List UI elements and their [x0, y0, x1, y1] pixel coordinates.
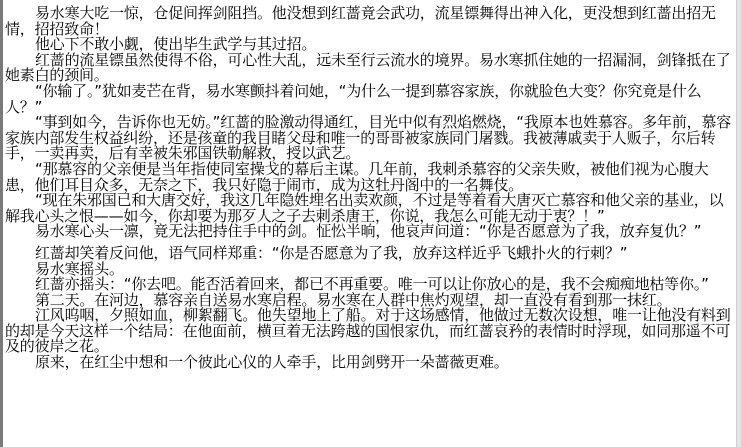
- paragraph-14: 原来，在红尘中想和一个彼此心仪的人牵手，比用剑劈开一朵蔷薇更难。: [5, 355, 733, 371]
- document-body: 易水寒大吃一惊，仓促间挥剑阻挡。他没想到红蔷竟会武功，流星镖舞得出神入化，更没想…: [5, 6, 733, 371]
- paragraph-4: “你输了。”犹如麦芒在背，易水寒颤抖着问她，“为什么一提到慕容家族，你就脸色大变…: [5, 84, 733, 115]
- paragraph-6: “那慕容的父亲便是当年指使同室操戈的幕后主谋。几年前，我刺杀慕容的父亲失败，被他…: [5, 162, 733, 193]
- window-left-border: [0, 0, 3, 447]
- paragraph-13: 江风呜咽，夕照如血，柳絮翻飞。他失望地上了船。对于这场感情，他做过无数次设想，唯…: [5, 308, 733, 355]
- paragraph-5: “事到如今，告诉你也无妨。”红蔷的脸激动得通红，目光中似有烈焰燃烧，“我原本也姓…: [5, 115, 733, 162]
- vertical-scrollbar[interactable]: [736, 0, 741, 447]
- paragraph-8: 易水寒心头一凛，竟无法把持住手中的剑。怔忪半晌，他哀声问道：“你是否愿意为了我，…: [5, 224, 733, 240]
- paragraph-3: 红蔷的流星镖虽然使得不俗，可心性大乱，远未至行云流水的境界。易水寒抓住她的一招漏…: [5, 53, 733, 84]
- paragraph-7: “现在朱邪国已和大唐交好，我这几年隐姓埋名出卖欢颜，不过是等着看大唐灭亡慕容和他…: [5, 193, 733, 224]
- paragraph-1: 易水寒大吃一惊，仓促间挥剑阻挡。他没想到红蔷竟会武功，流星镖舞得出神入化，更没想…: [5, 6, 733, 37]
